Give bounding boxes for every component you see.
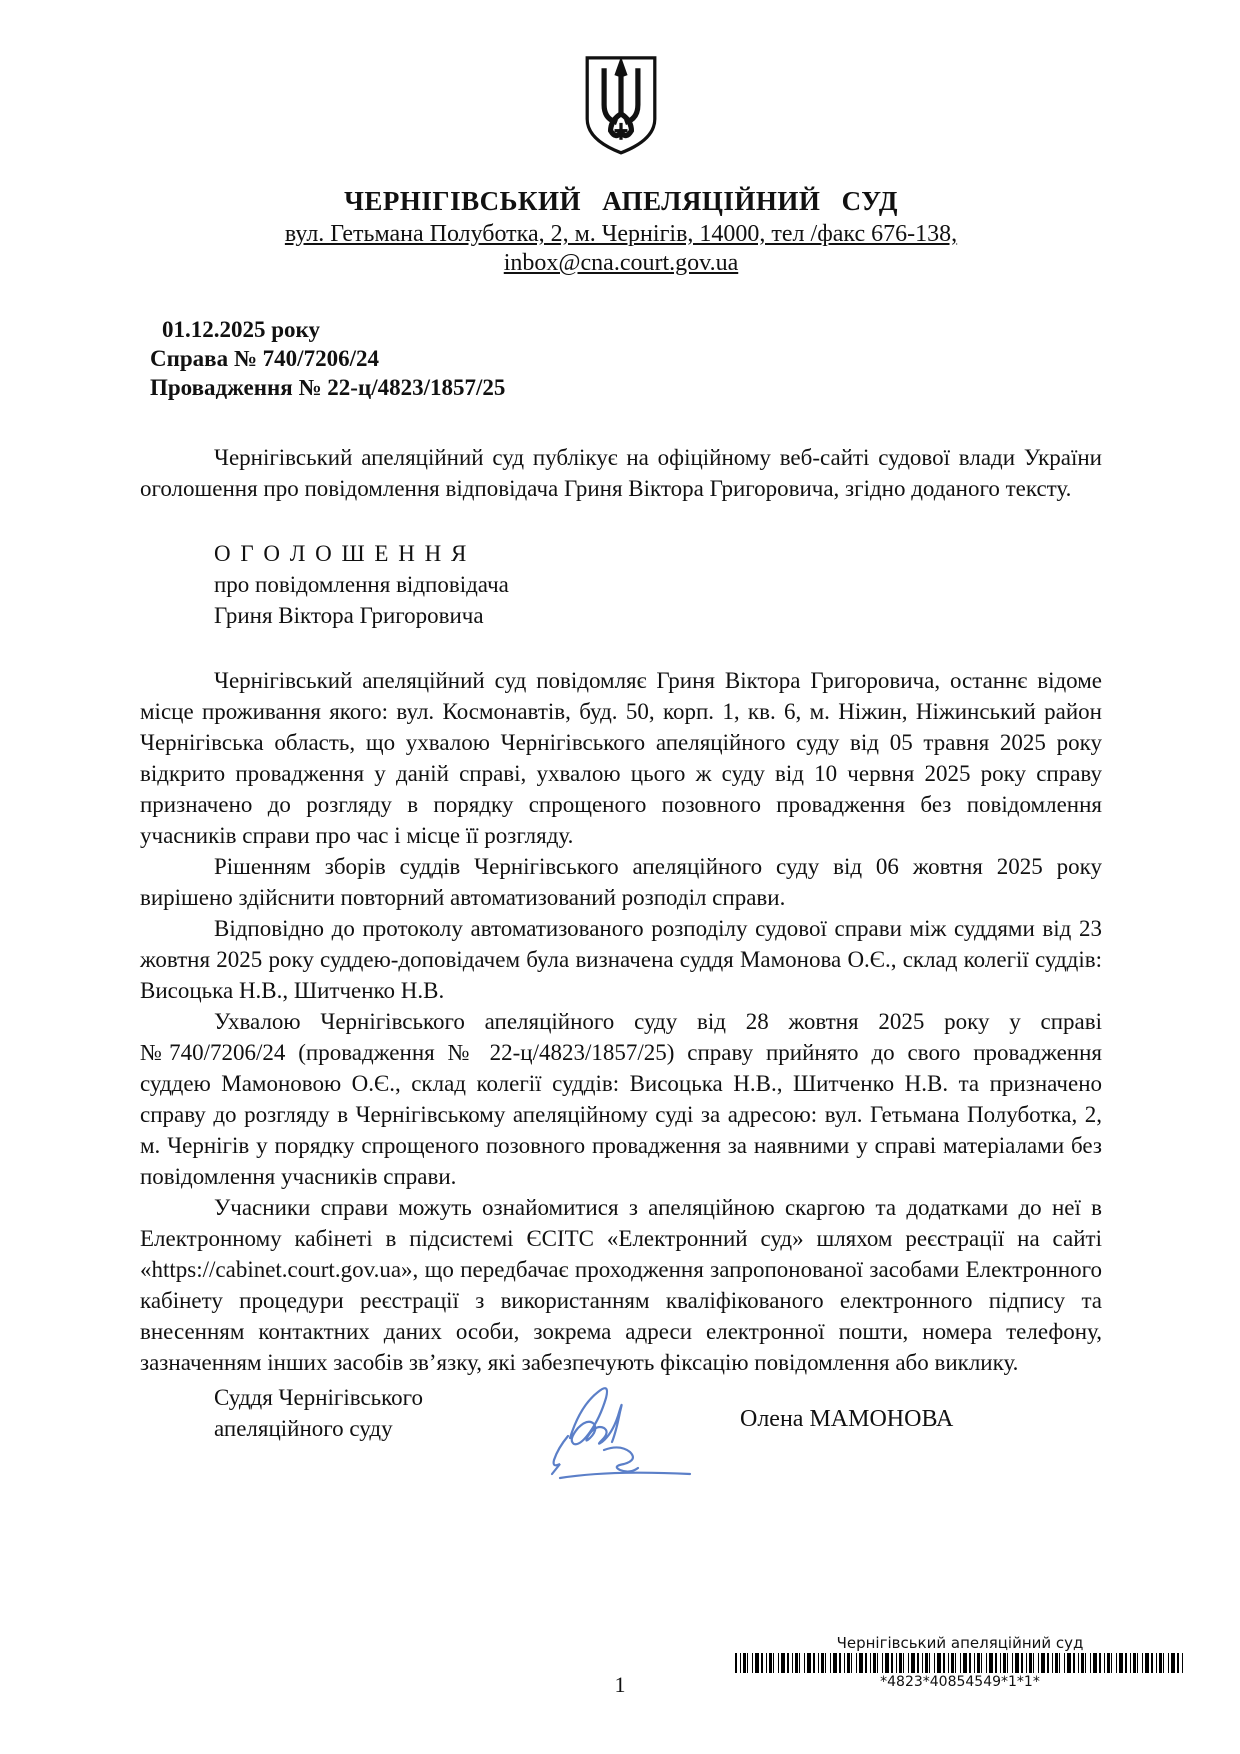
document-date: 01.12.2025 року bbox=[140, 315, 1102, 344]
judge-role-line-2: апеляційного суду bbox=[214, 1413, 423, 1444]
barcode-court-label: Чернігівський апеляційний суд bbox=[735, 1634, 1185, 1652]
body-paragraph-2: Рішенням зборів суддів Чернігівського ап… bbox=[140, 851, 1102, 913]
proceeding-number: Провадження № 22-ц/4823/1857/25 bbox=[140, 373, 1102, 402]
handwritten-signature bbox=[530, 1366, 710, 1486]
court-document-page: ЧЕРНІГІВСЬКИЙ АПЕЛЯЦІЙНИЙ СУД вул. Гетьм… bbox=[0, 0, 1240, 1754]
body-paragraph-1: Чернігівський апеляційний суд повідомляє… bbox=[140, 665, 1102, 851]
court-email: inbox@cna.court.gov.ua bbox=[140, 250, 1102, 277]
body-paragraph-4: Ухвалою Чернігівського апеляційного суду… bbox=[140, 1006, 1102, 1192]
document-content: ЧЕРНІГІВСЬКИЙ АПЕЛЯЦІЙНИЙ СУД вул. Гетьм… bbox=[140, 0, 1102, 1378]
intro-paragraph: Чернігівський апеляційний суд публікує н… bbox=[140, 442, 1102, 504]
case-number: Справа № 740/7206/24 bbox=[140, 344, 1102, 373]
body-paragraph-5: Учасники справи можуть ознайомитися з ап… bbox=[140, 1192, 1102, 1378]
barcode-value: *4823*40854549*1*1* bbox=[735, 1674, 1185, 1691]
tryzub-coat-of-arms-icon bbox=[582, 52, 660, 160]
court-address-line: вул. Гетьмана Полуботка, 2, м. Чернігів,… bbox=[140, 221, 1102, 248]
coat-of-arms-container bbox=[140, 0, 1102, 160]
barcode-icon bbox=[735, 1653, 1185, 1673]
court-name-title: ЧЕРНІГІВСЬКИЙ АПЕЛЯЦІЙНИЙ СУД bbox=[140, 186, 1102, 217]
announcement-heading: О Г О Л О Ш Е Н Н Я про повідомлення від… bbox=[140, 538, 1102, 631]
announcement-title: О Г О Л О Ш Е Н Н Я bbox=[140, 538, 1102, 569]
judge-role: Суддя Чернігівського апеляційного суду bbox=[214, 1382, 423, 1444]
document-body: Чернігівський апеляційний суд публікує н… bbox=[140, 442, 1102, 1378]
barcode-block: Чернігівський апеляційний суд *4823*4085… bbox=[735, 1634, 1185, 1691]
announcement-subtitle-1: про повідомлення відповідача bbox=[140, 569, 1102, 600]
body-paragraph-3: Відповідно до протоколу автоматизованого… bbox=[140, 913, 1102, 1006]
judge-name: Олена МАМОНОВА bbox=[740, 1404, 953, 1435]
announcement-subtitle-2: Гриня Віктора Григоровича bbox=[140, 600, 1102, 631]
case-meta-block: 01.12.2025 року Справа № 740/7206/24 Про… bbox=[140, 315, 1102, 402]
judge-role-line-1: Суддя Чернігівського bbox=[214, 1382, 423, 1413]
